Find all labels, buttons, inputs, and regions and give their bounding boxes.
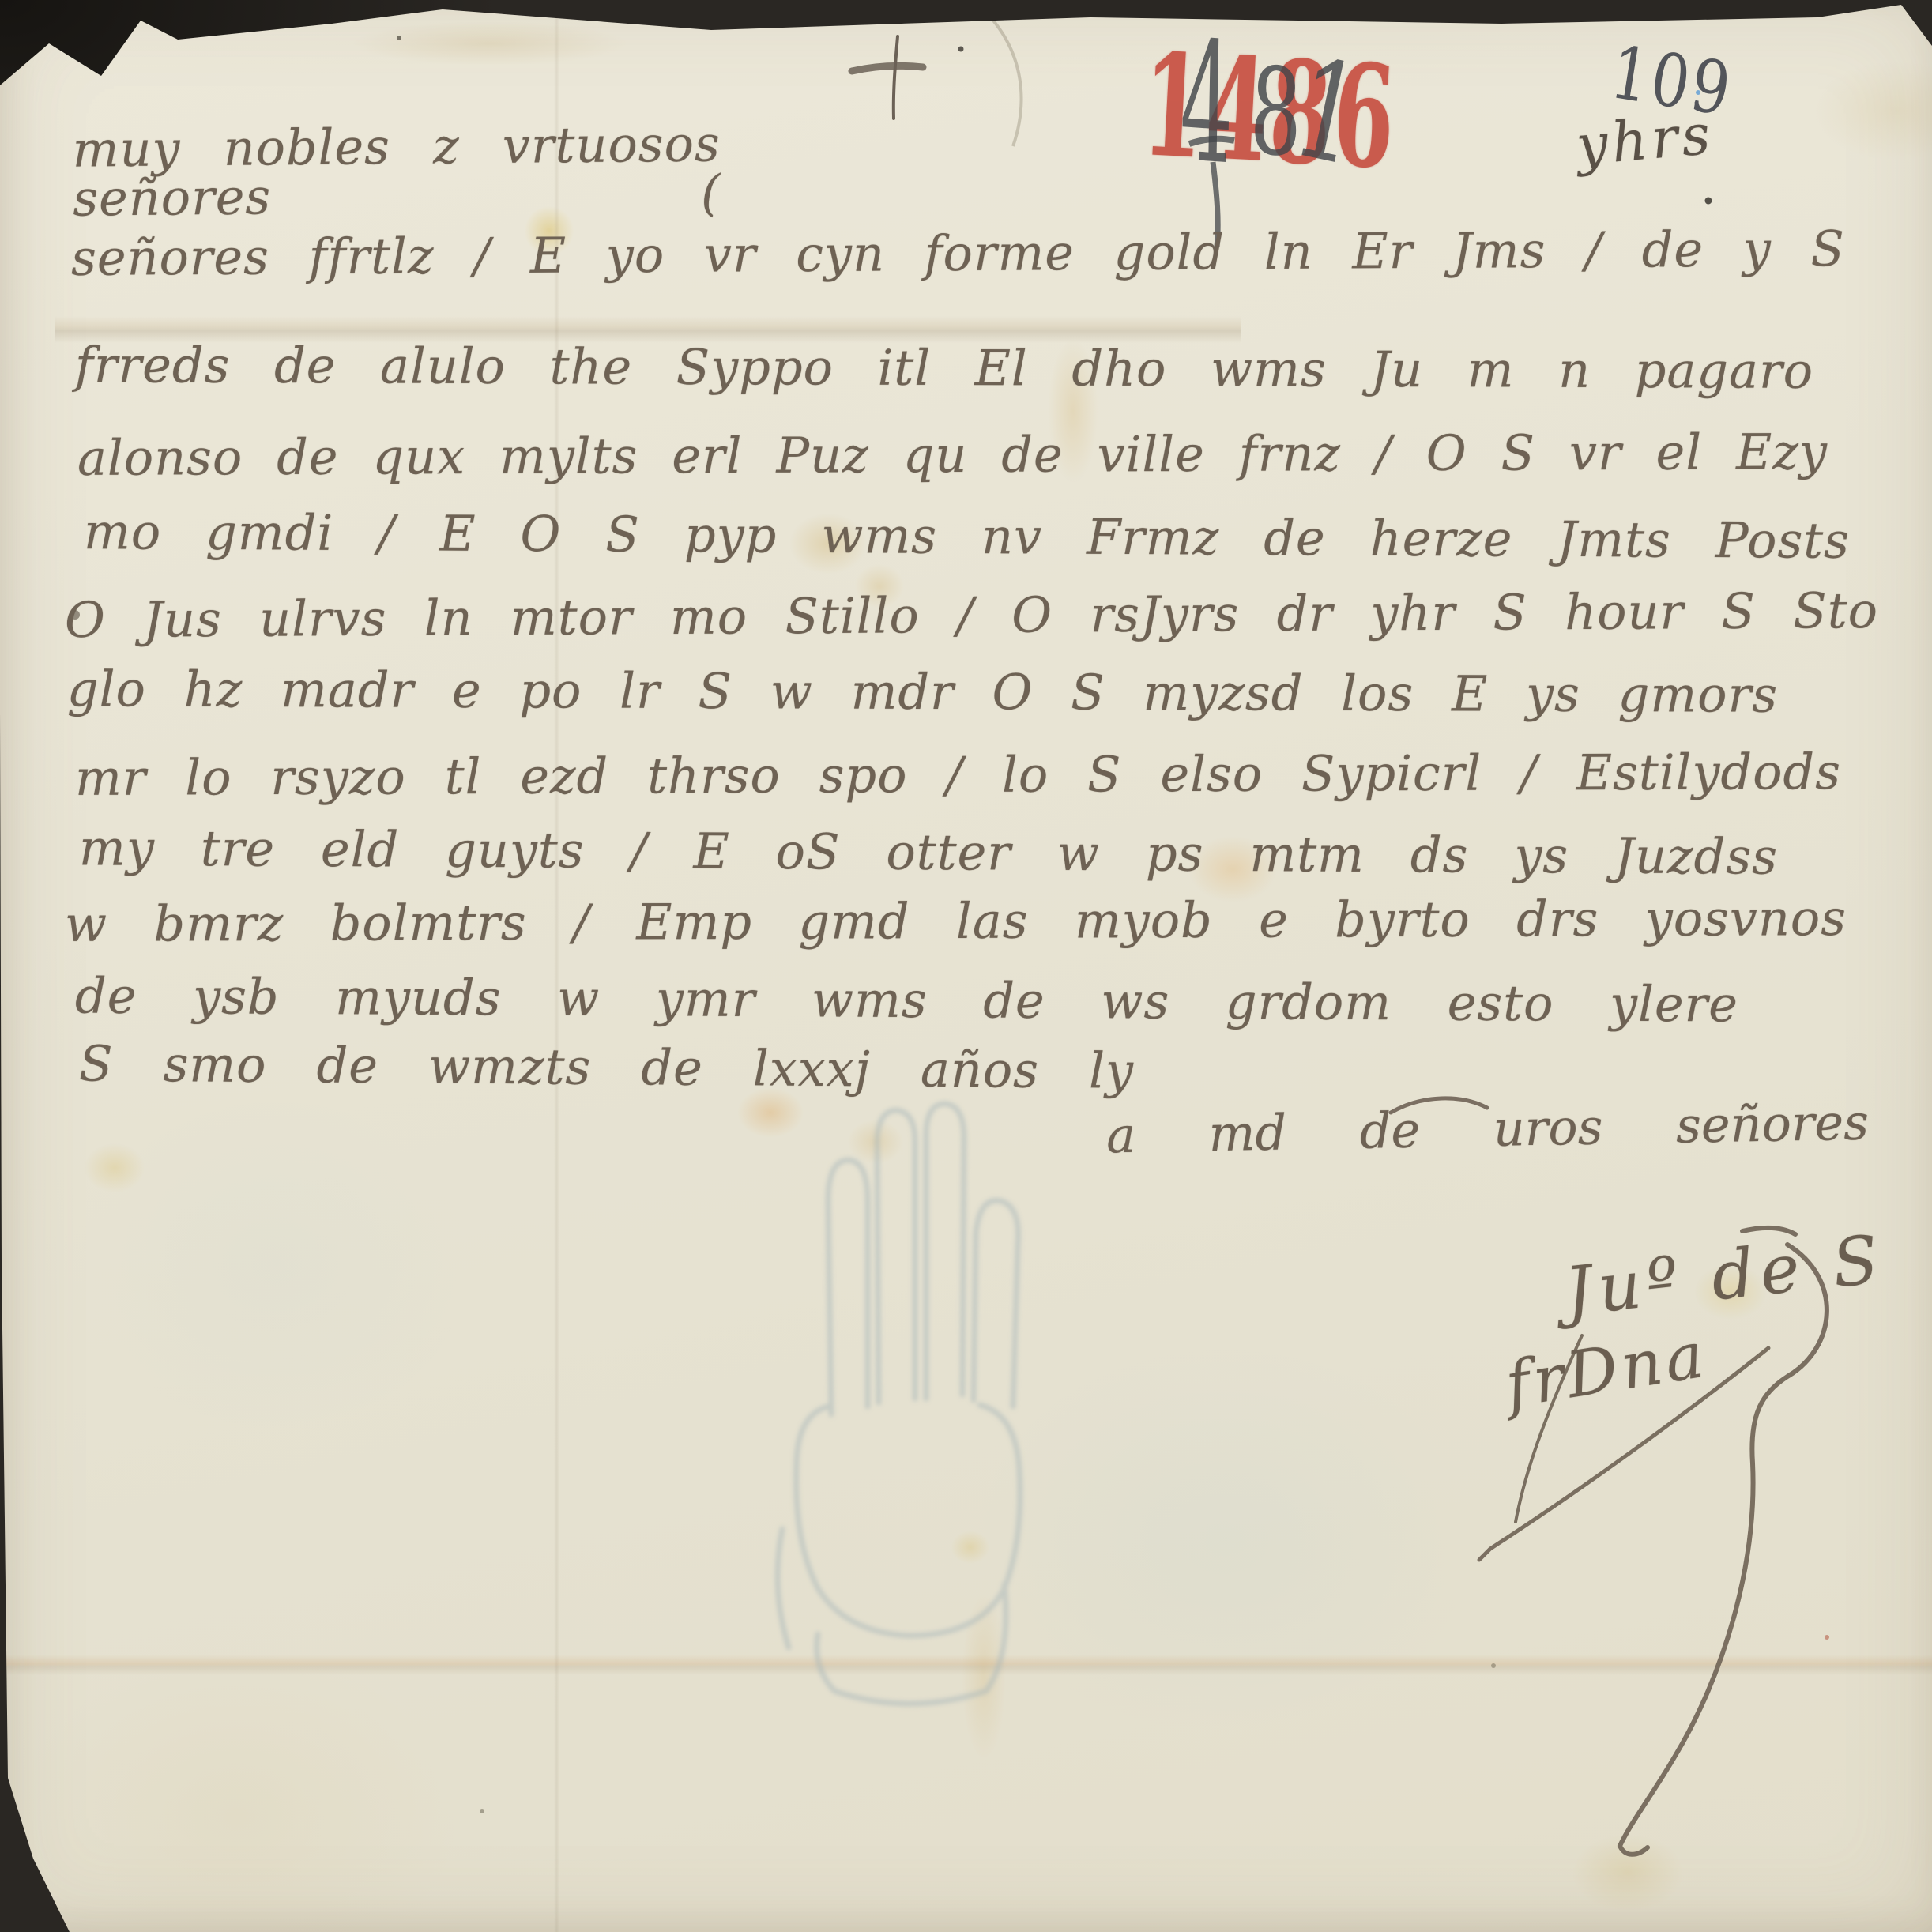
manuscript-line-1: muy nobles z vrtuosos señores ( (72, 119, 721, 223)
scanned-manuscript-scene: 1486 4 8 1 109 yhrs muy nobles z vrtuoso… (0, 0, 1932, 1932)
crease-arc (989, 16, 1021, 146)
manuscript-line-9: my tre eld guyts / E oS otter w ps mtm d… (79, 823, 1778, 881)
manuscript-line-12: S smo de wmzts de lxxxj años ly (79, 1039, 1134, 1095)
manuscript-line-2: señores ffrtlz / E yo vr cyn forme gold … (71, 224, 1845, 283)
graphite-digit-4: 4 (1179, 5, 1235, 202)
signature-rubric-flourish (1391, 1098, 1827, 1855)
ink-marks (0, 0, 1932, 1932)
manuscript-line-11: de ysb myuds w ymr wms de ws grdom esto … (75, 971, 1738, 1029)
manuscript-line-8: mr lo rsyzo tl ezd thrso spo / lo S elso… (75, 748, 1841, 803)
closing-line: a md de uros señores (1106, 1098, 1870, 1161)
manuscript-paper: 1486 4 8 1 109 yhrs muy nobles z vrtuoso… (0, 0, 1932, 1932)
red-speck (1825, 1635, 1829, 1640)
cross-mark (852, 36, 923, 119)
manuscript-line-5: mo gmdi / E O S pyp wms nv Frmz de herze… (84, 507, 1850, 566)
manuscript-line-6: O Jus ulrvs ln mtor mo Stillo / O rsJyrs… (65, 586, 1878, 645)
manuscript-line-7: glo hz madr e po lr S w mdr O S myzsd lo… (67, 665, 1778, 720)
archival-ink-mark: yhrs (1574, 107, 1715, 174)
manuscript-line-10: w bmrz bolmtrs / Emp gmd las myob e byrt… (65, 894, 1847, 949)
manuscript-line-4: alonso de qux mylts erl Puz qu de ville … (77, 427, 1828, 483)
manuscript-line-3: frreds de alulo the Syppo itl El dho wms… (75, 341, 1813, 396)
